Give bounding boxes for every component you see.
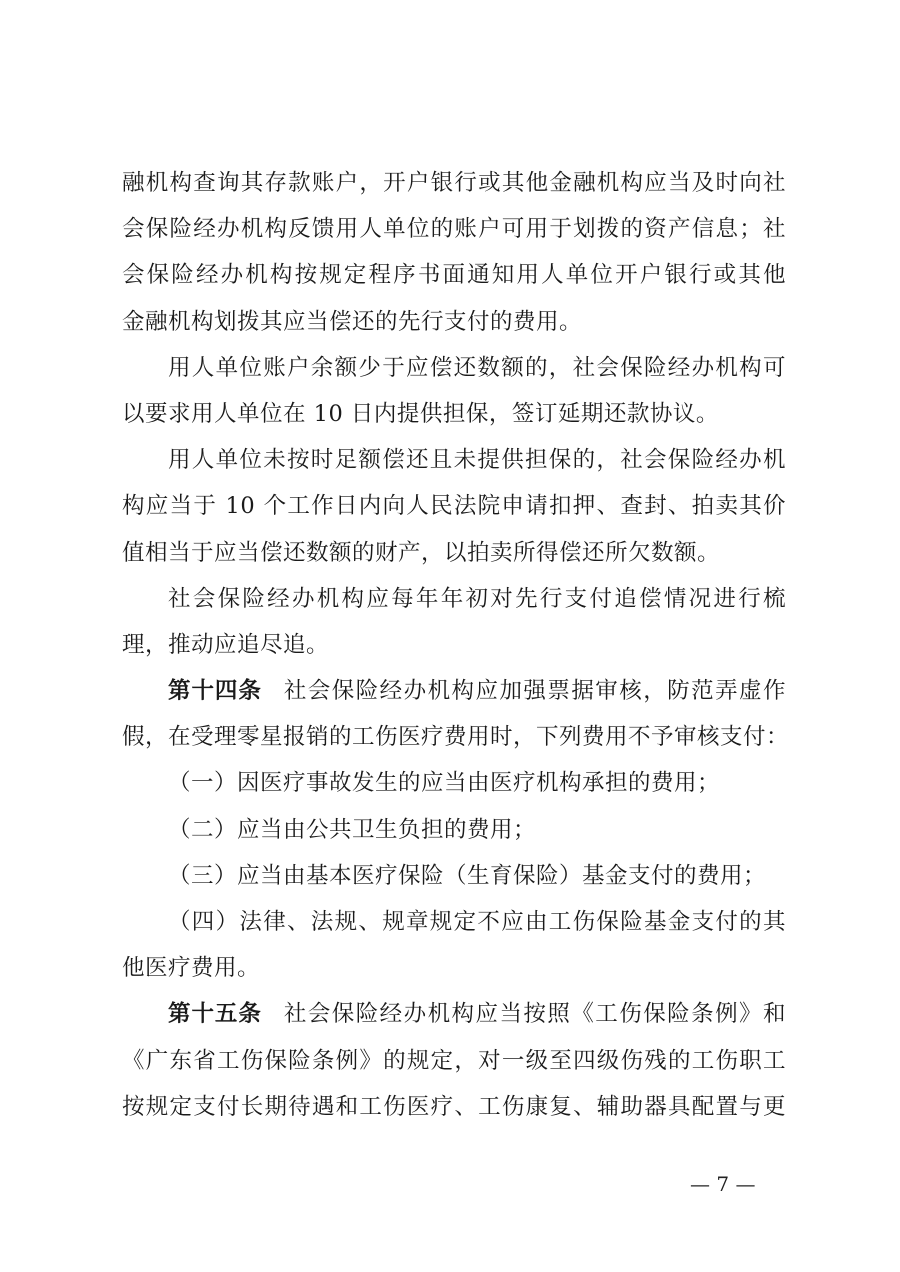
page-number: — 7 — xyxy=(690,1172,755,1196)
text-line: 融机构查询其存款账户，开户银行或其他金融机构应当及时向社 xyxy=(122,160,786,206)
text-line: 会保险经办机构反馈用人单位的账户可用于划拨的资产信息；社 xyxy=(122,206,786,252)
document-body: 融机构查询其存款账户，开户银行或其他金融机构应当及时向社 会保险经办机构反馈用人… xyxy=(122,160,786,1130)
article-number: 第十五条 xyxy=(168,1001,262,1027)
text-line: 以要求用人单位在 10 日内提供担保，签订延期还款协议。 xyxy=(122,391,786,437)
article-14-heading-line: 第十四条社会保险经办机构应加强票据审核，防范弄虚作 xyxy=(122,668,786,714)
article-15-heading-line: 第十五条社会保险经办机构应当按照《工伤保险条例》和 xyxy=(122,991,786,1037)
paragraph-start-line: 用人单位账户余额少于应偿还数额的，社会保险经办机构可 xyxy=(122,345,786,391)
text-line: 金融机构划拨其应当偿还的先行支付的费用。 xyxy=(122,299,786,345)
list-item: （一）因医疗事故发生的应当由医疗机构承担的费用； xyxy=(122,760,786,806)
article-text: 社会保险经办机构应当按照《工伤保险条例》和 xyxy=(284,1001,786,1027)
article-number: 第十四条 xyxy=(168,678,262,704)
paragraph-start-line: 社会保险经办机构应每年年初对先行支付追偿情况进行梳 xyxy=(122,576,786,622)
text-line: 理，推动应追尽追。 xyxy=(122,622,786,668)
list-item: （二）应当由公共卫生负担的费用； xyxy=(122,807,786,853)
text-line: 他医疗费用。 xyxy=(122,945,786,991)
list-item: （四）法律、法规、规章规定不应由工伤保险基金支付的其 xyxy=(122,899,786,945)
text-line: 《广东省工伤保险条例》的规定，对一级至四级伤残的工伤职工 xyxy=(122,1038,786,1084)
paragraph-start-line: 用人单位未按时足额偿还且未提供担保的，社会保险经办机 xyxy=(122,437,786,483)
text-line: 假，在受理零星报销的工伤医疗费用时，下列费用不予审核支付： xyxy=(122,714,786,760)
document-page: 融机构查询其存款账户，开户银行或其他金融机构应当及时向社 会保险经办机构反馈用人… xyxy=(0,0,900,1272)
text-line: 会保险经办机构按规定程序书面通知用人单位开户银行或其他 xyxy=(122,252,786,298)
text-line: 值相当于应当偿还数额的财产，以拍卖所得偿还所欠数额。 xyxy=(122,530,786,576)
list-item: （三）应当由基本医疗保险（生育保险）基金支付的费用； xyxy=(122,853,786,899)
text-line: 按规定支付长期待遇和工伤医疗、工伤康复、辅助器具配置与更 xyxy=(122,1084,786,1130)
article-text: 社会保险经办机构应加强票据审核，防范弄虚作 xyxy=(284,678,786,704)
text-line: 构应当于 10 个工作日内向人民法院申请扣押、查封、拍卖其价 xyxy=(122,483,786,529)
